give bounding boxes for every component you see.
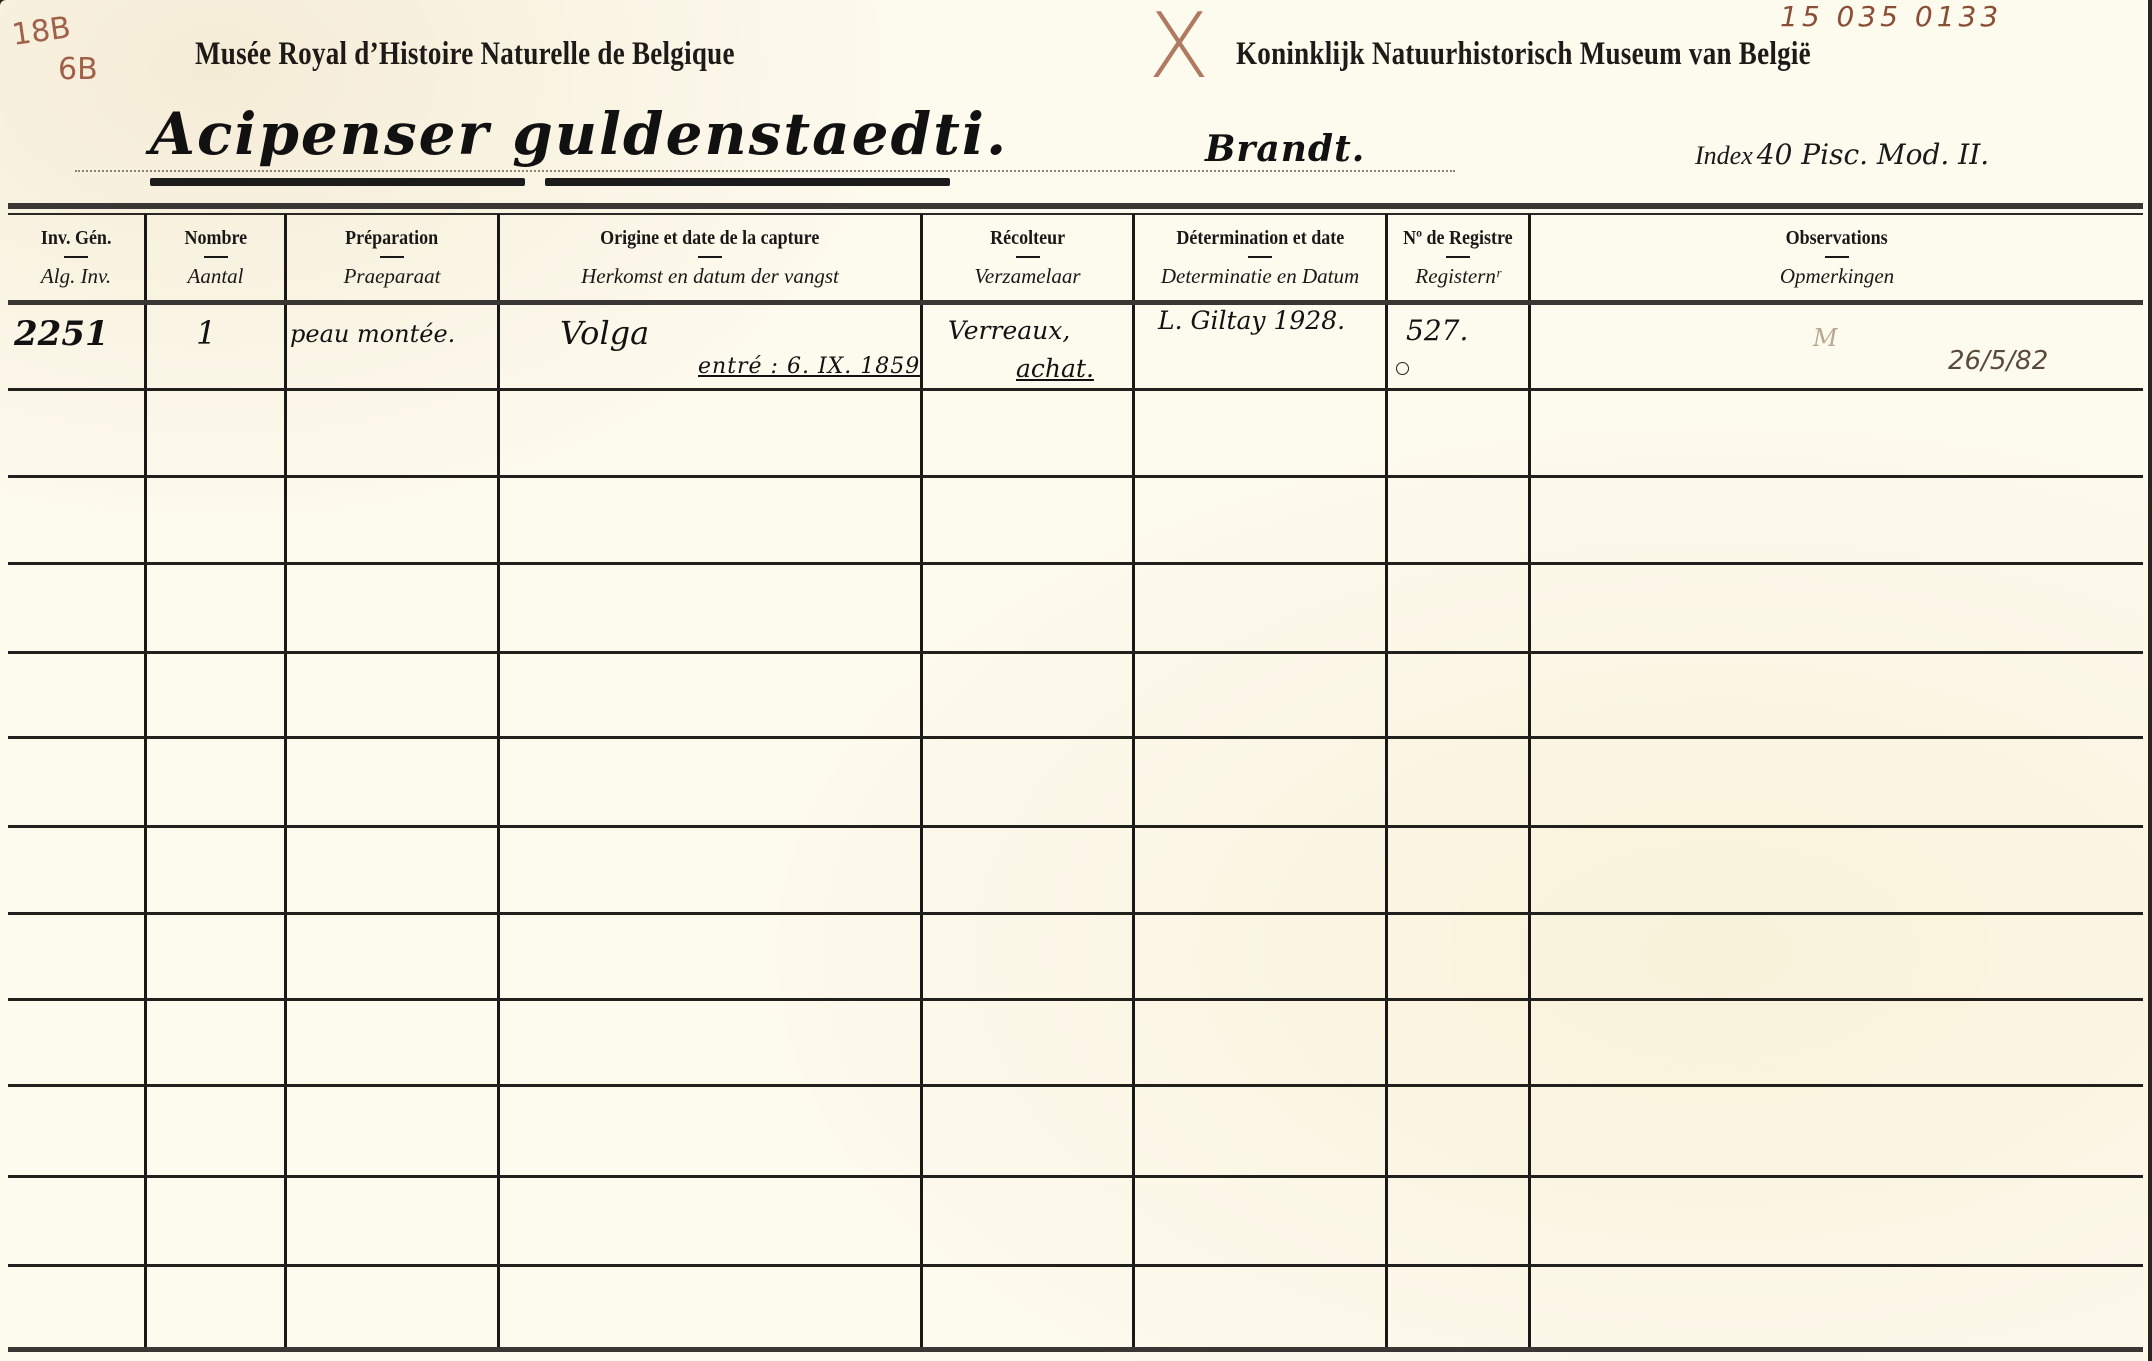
cell-observation-mark: M — [1813, 324, 1838, 352]
dotted-name-line — [75, 170, 1455, 172]
species-name: Acipenser guldenstaedti. — [150, 100, 1008, 168]
cell-observation-date: 26/5/82 — [1948, 346, 2048, 376]
header-inv: Inv. Gén.Alg. Inv. — [8, 214, 144, 302]
col-divider — [1385, 214, 1388, 1350]
col-divider — [920, 214, 923, 1350]
header-register: Nº de RegistreRegisternʳ — [1388, 214, 1528, 302]
row-line — [8, 562, 2143, 565]
register-circle-mark — [1396, 362, 1409, 375]
cell-origin-date: entré : 6. IX. 1859 — [698, 354, 920, 379]
institution-name-nl: Koninklijk Natuurhistorisch Museum van B… — [1236, 36, 1811, 73]
header-count: NombreAantal — [147, 214, 284, 302]
row-line — [8, 1084, 2143, 1087]
col-divider — [284, 214, 287, 1350]
col-divider — [1528, 214, 1531, 1350]
row-line — [8, 475, 2143, 478]
row-line — [8, 1264, 2143, 1267]
col-divider — [497, 214, 500, 1350]
row-line — [8, 651, 2143, 654]
cell-inv: 2251 — [14, 314, 109, 354]
header-collector: RécolteurVerzamelaar — [923, 214, 1132, 302]
header-bottom-rule — [8, 300, 2143, 305]
row-line — [8, 912, 2143, 915]
row-line — [8, 825, 2143, 828]
cell-origin: Volga — [560, 314, 649, 352]
index-value: 40 Pisc. Mod. II. — [1757, 138, 1989, 171]
row-line — [8, 388, 2143, 391]
cell-count: 1 — [196, 314, 216, 352]
row-line — [8, 736, 2143, 739]
cell-collector-name: Verreaux, — [948, 316, 1070, 345]
species-author: Brandt. — [1205, 128, 1365, 170]
bottom-rule — [8, 1347, 2143, 1352]
header-observations: ObservationsOpmerkingen — [1531, 214, 2143, 302]
species-underline-2 — [545, 178, 950, 186]
row-line — [8, 998, 2143, 1001]
catalog-stamp-number: 15 035 0133 — [1780, 0, 2002, 33]
header-preparation: PréparationPraeparaat — [287, 214, 497, 302]
cell-preparation: peau montée. — [290, 320, 455, 348]
cell-collector-method: achat. — [1016, 354, 1094, 383]
cell-register: 527. — [1406, 314, 1468, 347]
header-origin: Origine et date de la captureHerkomst en… — [500, 214, 920, 302]
index-label: Index — [1695, 141, 1753, 170]
pencil-note-6b: 6B — [58, 52, 98, 88]
col-divider — [144, 214, 147, 1350]
row-line — [8, 1175, 2143, 1178]
pencil-note-18b: 18B — [10, 10, 73, 54]
index-reference: Index 40 Pisc. Mod. II. — [1695, 138, 1989, 171]
header-determination: Détermination et dateDeterminatie en Dat… — [1135, 214, 1385, 302]
catalog-card: 18B 6B 15 035 0133 X Musée Royal d’Histo… — [0, 0, 2148, 1361]
species-underline-1 — [150, 178, 525, 186]
institution-name-fr: Musée Royal d’Histoire Naturelle de Belg… — [195, 36, 735, 73]
cell-determination: L. Giltay 1928. — [1158, 306, 1345, 335]
top-double-rule — [8, 203, 2143, 209]
x-mark-icon: X — [1148, 0, 1210, 99]
specimen-table: Inv. Gén.Alg. Inv. NombreAantal Préparat… — [8, 214, 2143, 1352]
col-divider — [1132, 214, 1135, 1350]
